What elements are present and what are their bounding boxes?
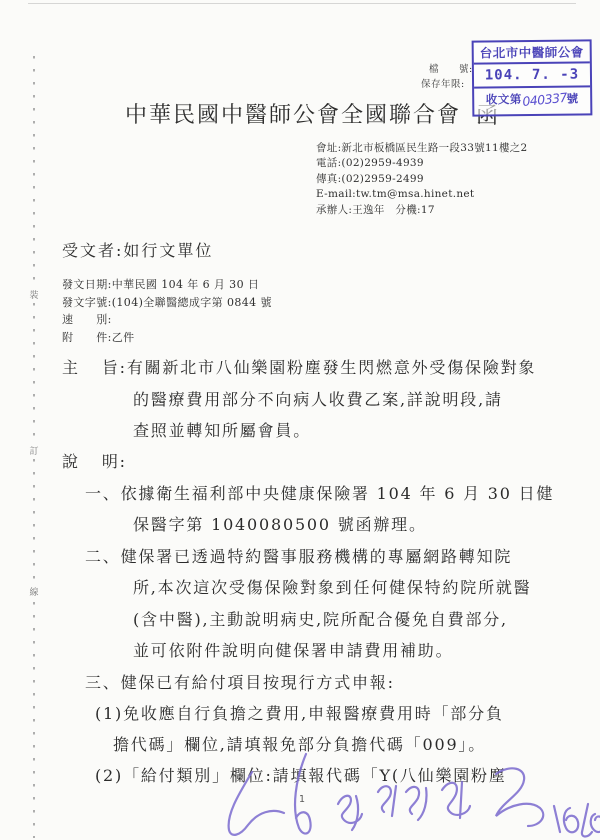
document-number: 發文字號:(104)全聯醫總成字第 0844 號 xyxy=(62,294,272,312)
subject-line-3: 查照並轉知所屬會員。 xyxy=(133,418,311,441)
stamp-receipt-suffix: 號 xyxy=(567,92,579,106)
explanation-item2-line2: 所,本次這次受傷保險對象到任何健保特約院所就醫 xyxy=(133,575,532,598)
speed-class: 速 別: xyxy=(62,311,272,329)
explanation-item1-line2: 保醫字第 1040080500 號函辦理。 xyxy=(133,512,427,535)
issuer-fax: 傳真:(02)2959-2499 xyxy=(316,172,528,187)
retention-period-label: 保存年限: xyxy=(421,76,465,90)
subject-line-2: 的醫療費用部分不向病人收費乙案,詳說明段,請 xyxy=(133,387,503,410)
subject-label: 主 xyxy=(62,358,80,377)
binding-char-ding: 訂 xyxy=(27,445,41,459)
stamp-organization: 台北市中醫師公會 xyxy=(474,41,590,64)
issuer-telephone: 電話:(02)2959-4939 xyxy=(316,156,528,171)
attachment-note: 附 件:乙件 xyxy=(62,329,272,347)
scan-edge-line xyxy=(28,3,576,4)
explanation-label: 說明: xyxy=(62,449,127,472)
file-number-label: 檔 號: xyxy=(429,61,473,75)
stamp-date: 104. 7. -3 xyxy=(474,63,590,88)
handwritten-signature xyxy=(210,752,600,840)
explanation-item3-line1: 三、健保已有給付項目按現行方式申報: xyxy=(85,670,395,693)
document-meta-block: 發文日期:中華民國 104 年 6 月 30 日 發文字號:(104)全聯醫總成… xyxy=(62,276,272,346)
issue-date: 發文日期:中華民國 104 年 6 月 30 日 xyxy=(62,276,272,294)
document-page: 裝 訂 線 檔 號: 保存年限: 台北市中醫師公會 104. 7. -3 收文第… xyxy=(0,0,600,840)
issuer-email: E-mail:tw.tm@msa.hinet.net xyxy=(316,187,528,202)
explanation-item2-line3: (含中醫),主動說明病史,院所配合優免自費部分, xyxy=(133,607,508,630)
explanation-item2-line1: 二、健保署已透過特約醫事服務機構的專屬網路轉知院 xyxy=(85,544,512,567)
stamp-receipt-prefix: 收文第 xyxy=(486,92,522,106)
explanation-item1-line1: 一、依據衛生福利部中央健康保險署 104 年 6 月 30 日健 xyxy=(85,481,554,504)
issuer-address: 會址:新北市板橋區民生路一段33號11樓之2 xyxy=(316,141,528,156)
issuer-contact-person: 承辦人:王逸年 分機:17 xyxy=(316,203,528,218)
subject-line-1: 主旨:有關新北市八仙樂園粉塵發生閃燃意外受傷保險對象 xyxy=(62,355,536,378)
receipt-stamp: 台北市中醫師公會 104. 7. -3 收文第040337號 xyxy=(472,39,593,116)
issuer-title: 中華民國中醫師公會全國聯合會 xyxy=(125,98,461,129)
recipient-line: 受文者:如行文單位 xyxy=(62,238,213,261)
explanation-item2-line4: 並可依附件說明向健保署申請費用補助。 xyxy=(133,638,453,661)
binding-char-xian: 線 xyxy=(27,586,41,600)
binding-char-zhuang: 裝 xyxy=(27,289,41,303)
stamp-receipt-number: 收文第040337號 xyxy=(474,87,590,110)
issuer-info-block: 會址:新北市板橋區民生路一段33號11樓之2 電話:(02)2959-4939 … xyxy=(316,141,528,218)
explanation-item3-sub1-line1: (1)免收應自行負擔之費用,申報醫療費用時「部分負 xyxy=(95,701,504,724)
stamp-receipt-handwritten-no: 040337 xyxy=(521,87,568,110)
